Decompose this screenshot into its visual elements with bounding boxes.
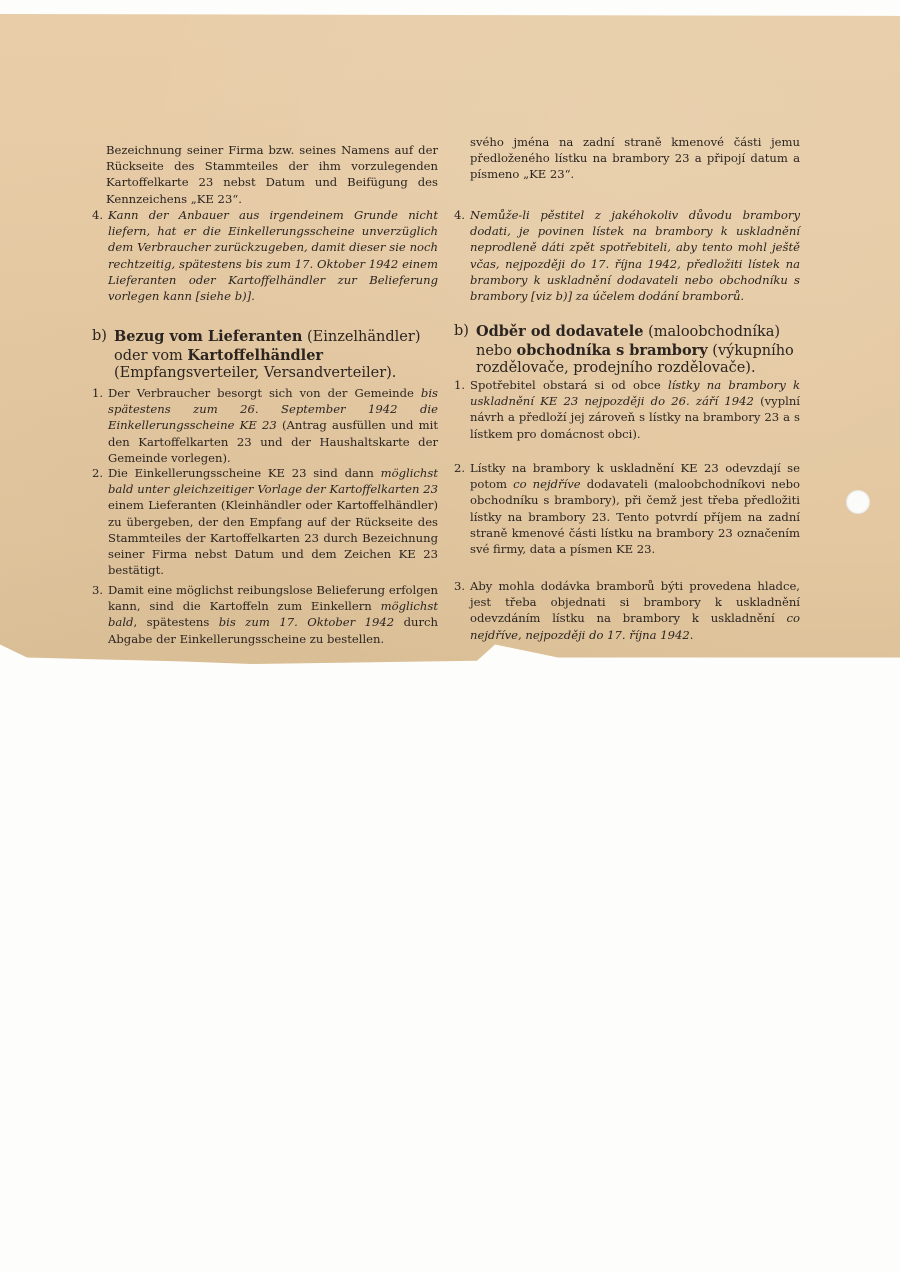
- item-number: 1.: [454, 377, 470, 442]
- german-item-b3: 3. Damit eine möglichst reibungslose Bel…: [92, 582, 438, 647]
- item-number: 1.: [92, 385, 108, 466]
- item-text: Die Einkellerungsscheine KE 23 sind dann: [108, 466, 381, 480]
- item-text: einem Lieferanten (Kleinhändler oder Kar…: [108, 498, 438, 577]
- item-number: 2.: [454, 460, 470, 557]
- german-item-a4: 4. Kann der Anbauer aus irgendeinem Grun…: [92, 207, 438, 304]
- item-number: 3.: [92, 582, 108, 647]
- heading-text: (Empfangsverteiler, Versandverteiler).: [114, 365, 396, 381]
- czech-section-b-heading: b) Odběr od dodavatele (maloobchodníka) …: [454, 323, 800, 378]
- item-italic: co nejdříve: [513, 477, 581, 491]
- czech-item-b3: 3. Aby mohla dodávka bramborů býti prove…: [454, 578, 800, 643]
- german-intro: Bezeichnung seiner Firma bzw. seines Nam…: [106, 142, 438, 207]
- czech-item-a4: 4. Nemůže-li pěstitel z jakéhokoliv důvo…: [454, 207, 800, 304]
- czech-item-b1: 1. Spotřebitel obstará si od obce lístky…: [454, 377, 800, 442]
- czech-intro: svého jména na zadní straně kmenové část…: [470, 134, 800, 183]
- item-number: 4.: [92, 207, 108, 304]
- item-text: .: [690, 628, 694, 642]
- item-text: Aby mohla dodávka bramborů býti proveden…: [470, 579, 800, 625]
- section-label: b): [92, 328, 114, 383]
- item-text: Der Verbraucher besorgt sich von der Gem…: [108, 386, 421, 400]
- german-item-b2: 2. Die Einkellerungsscheine KE 23 sind d…: [92, 465, 438, 578]
- item-text: , spätestens: [133, 615, 218, 629]
- heading-bold: obchodníka s brambory: [517, 342, 708, 359]
- german-item-b1: 1. Der Verbraucher besorgt sich von der …: [92, 385, 438, 466]
- item-text: Spotřebitel obstará si od obce: [470, 378, 668, 392]
- item-number: 4.: [454, 207, 470, 304]
- heading-bold: Odběr od dodavatele: [476, 323, 644, 340]
- item-text: Nemůže-li pěstitel z jakéhokoliv důvodu …: [470, 207, 800, 304]
- heading-bold: Bezug vom Lieferanten: [114, 328, 302, 345]
- item-text: Kann der Anbauer aus irgendeinem Grunde …: [108, 207, 438, 304]
- german-section-b-heading: b) Bezug vom Lieferanten (Einzelhändler)…: [92, 328, 438, 383]
- item-italic: bis zum 17. Oktober 1942: [219, 615, 394, 629]
- section-label: b): [454, 323, 476, 378]
- punch-hole: [846, 490, 870, 514]
- item-number: 3.: [454, 578, 470, 643]
- item-number: 2.: [92, 465, 108, 578]
- czech-item-b2: 2. Lístky na brambory k uskladnění KE 23…: [454, 460, 800, 557]
- heading-bold: Kartoffelhändler: [187, 347, 323, 364]
